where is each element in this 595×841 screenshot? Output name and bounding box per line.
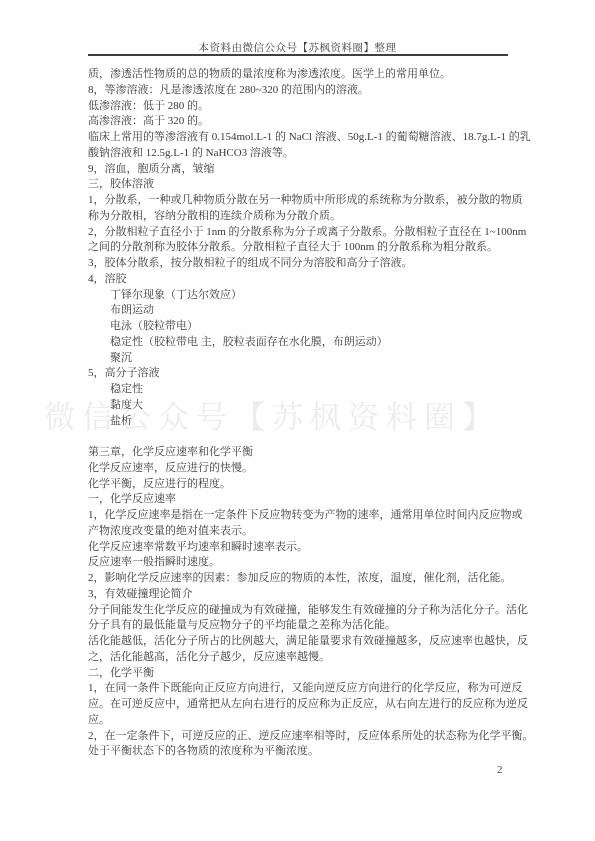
document-body: 质，渗透活性物质的总的物质的量浓度称为渗透浓度。医学上的常用单位。 8，等渗溶液… <box>88 67 512 760</box>
text-line: 质，渗透活性物质的总的物质的量浓度称为渗透浓度。医学上的常用单位。 <box>88 67 512 83</box>
text-line: 高渗溶液：高于 320 的。 <box>88 114 512 130</box>
text-line: 化学平衡，反应进行的程度。 <box>88 477 512 493</box>
text-line: 稳定性 <box>88 382 512 398</box>
page-header-title: 本资料由微信公众号【苏枫资料圈】整理 <box>0 40 595 55</box>
document-page: 本资料由微信公众号【苏枫资料圈】整理 微信公众号【苏枫资料圈】 质，渗透活性物质… <box>0 0 595 841</box>
text-line: 布朗运动 <box>88 303 512 319</box>
text-line: 1，化学反应速率是指在一定条件下反应物转变为产物的速率，通常用单位时间内反应物或 <box>88 508 512 524</box>
text-line: 三，胶体溶液 <box>88 177 512 193</box>
text-line: 3，胶体分散系，按分散相粒子的组成不同分为溶胶和高分子溶液。 <box>88 256 512 272</box>
text-line: 化学反应速率常数平均速率和瞬时速率表示。 <box>88 540 512 556</box>
text-line: 丁铎尔现象（丁达尔效应） <box>88 288 512 304</box>
text-line: 2，影响化学反应速率的因素：参加反应的物质的本性，浓度，温度，催化剂，活化能。 <box>88 571 512 587</box>
text-line: 8，等渗溶液：凡是渗透浓度在 280~320 的范围内的溶液。 <box>88 83 512 99</box>
text-line: 3，有效碰撞理论简介 <box>88 587 512 603</box>
text-line: 电泳（胶粒带电） <box>88 319 512 335</box>
text-line: 5，高分子溶液 <box>88 366 512 382</box>
text-line: 盐析 <box>88 414 512 430</box>
text-line: 1，在同一条件下既能向正反应方向进行，又能向逆反应方向进行的化学反应，称为可逆反 <box>88 681 512 697</box>
text-line: 2，分散相粒子直径小于 1nm 的分散系称为分子或离子分散系。分散相粒子直径在 … <box>88 225 512 241</box>
text-line: 酸钠溶液和 12.5g.L-1 的 NaHCO3 溶液等。 <box>88 146 512 162</box>
text-line: 聚沉 <box>88 351 512 367</box>
text-line: 低渗溶液：低于 280 的。 <box>88 99 512 115</box>
text-line: 一，化学反应速率 <box>88 492 512 508</box>
text-line: 之，活化能越高，活化分子越少，反应速率越慢。 <box>88 650 512 666</box>
text-line: 二，化学平衡 <box>88 666 512 682</box>
blank-line <box>88 429 512 445</box>
header-rule <box>88 54 508 56</box>
text-line: 应。在可逆反应中，通常把从左向右进行的反应称为正反应，从右向左进行的反应称为逆反 <box>88 697 512 713</box>
text-line: 称为分散相，容纳分散相的连续介质称为分散介质。 <box>88 209 512 225</box>
text-line: 活化能越低，活化分子所占的比例越大，满足能量要求有效碰撞越多，反应速率也越快，反 <box>88 634 512 650</box>
text-line: 产物浓度改变量的绝对值来表示。 <box>88 524 512 540</box>
page-number: 2 <box>497 764 503 776</box>
text-line: 之间的分散剂称为胶体分散系。分散相粒子直径大于 100nm 的分散系称为粗分散系… <box>88 240 512 256</box>
text-line: 1，分散系，一种或几种物质分散在另一种物质中所形成的系统称为分散系，被分散的物质 <box>88 193 512 209</box>
text-line: 4，溶胶 <box>88 272 512 288</box>
text-line: 分子间能发生化学反应的碰撞成为有效碰撞，能够发生有效碰撞的分子称为活化分子。活化 <box>88 603 512 619</box>
text-line: 反应速率一般指瞬时速度。 <box>88 555 512 571</box>
section-title-line: 第三章，化学反应速率和化学平衡 <box>88 445 512 461</box>
text-line: 稳定性（胶粒带电 主，胶粒表面存在水化膜，布朗运动） <box>88 335 512 351</box>
text-line: 应。 <box>88 713 512 729</box>
text-line: 黏度大 <box>88 398 512 414</box>
text-line: 分子具有的最低能量与反应物分子的平均能量之差称为活化能。 <box>88 618 512 634</box>
text-line: 处于平衡状态下的各物质的浓度称为平衡浓度。 <box>88 744 512 760</box>
text-line: 临床上常用的等渗溶液有 0.154mol.L-1 的 NaCl 溶液、50g.L… <box>88 130 512 146</box>
text-line: 化学反应速率，反应进行的快慢。 <box>88 461 512 477</box>
text-line: 2，在一定条件下，可逆反应的正、逆反应速率相等时，反应体系所处的状态称为化学平衡… <box>88 729 512 745</box>
text-line: 9，溶血，胞质分离，皱缩 <box>88 162 512 178</box>
